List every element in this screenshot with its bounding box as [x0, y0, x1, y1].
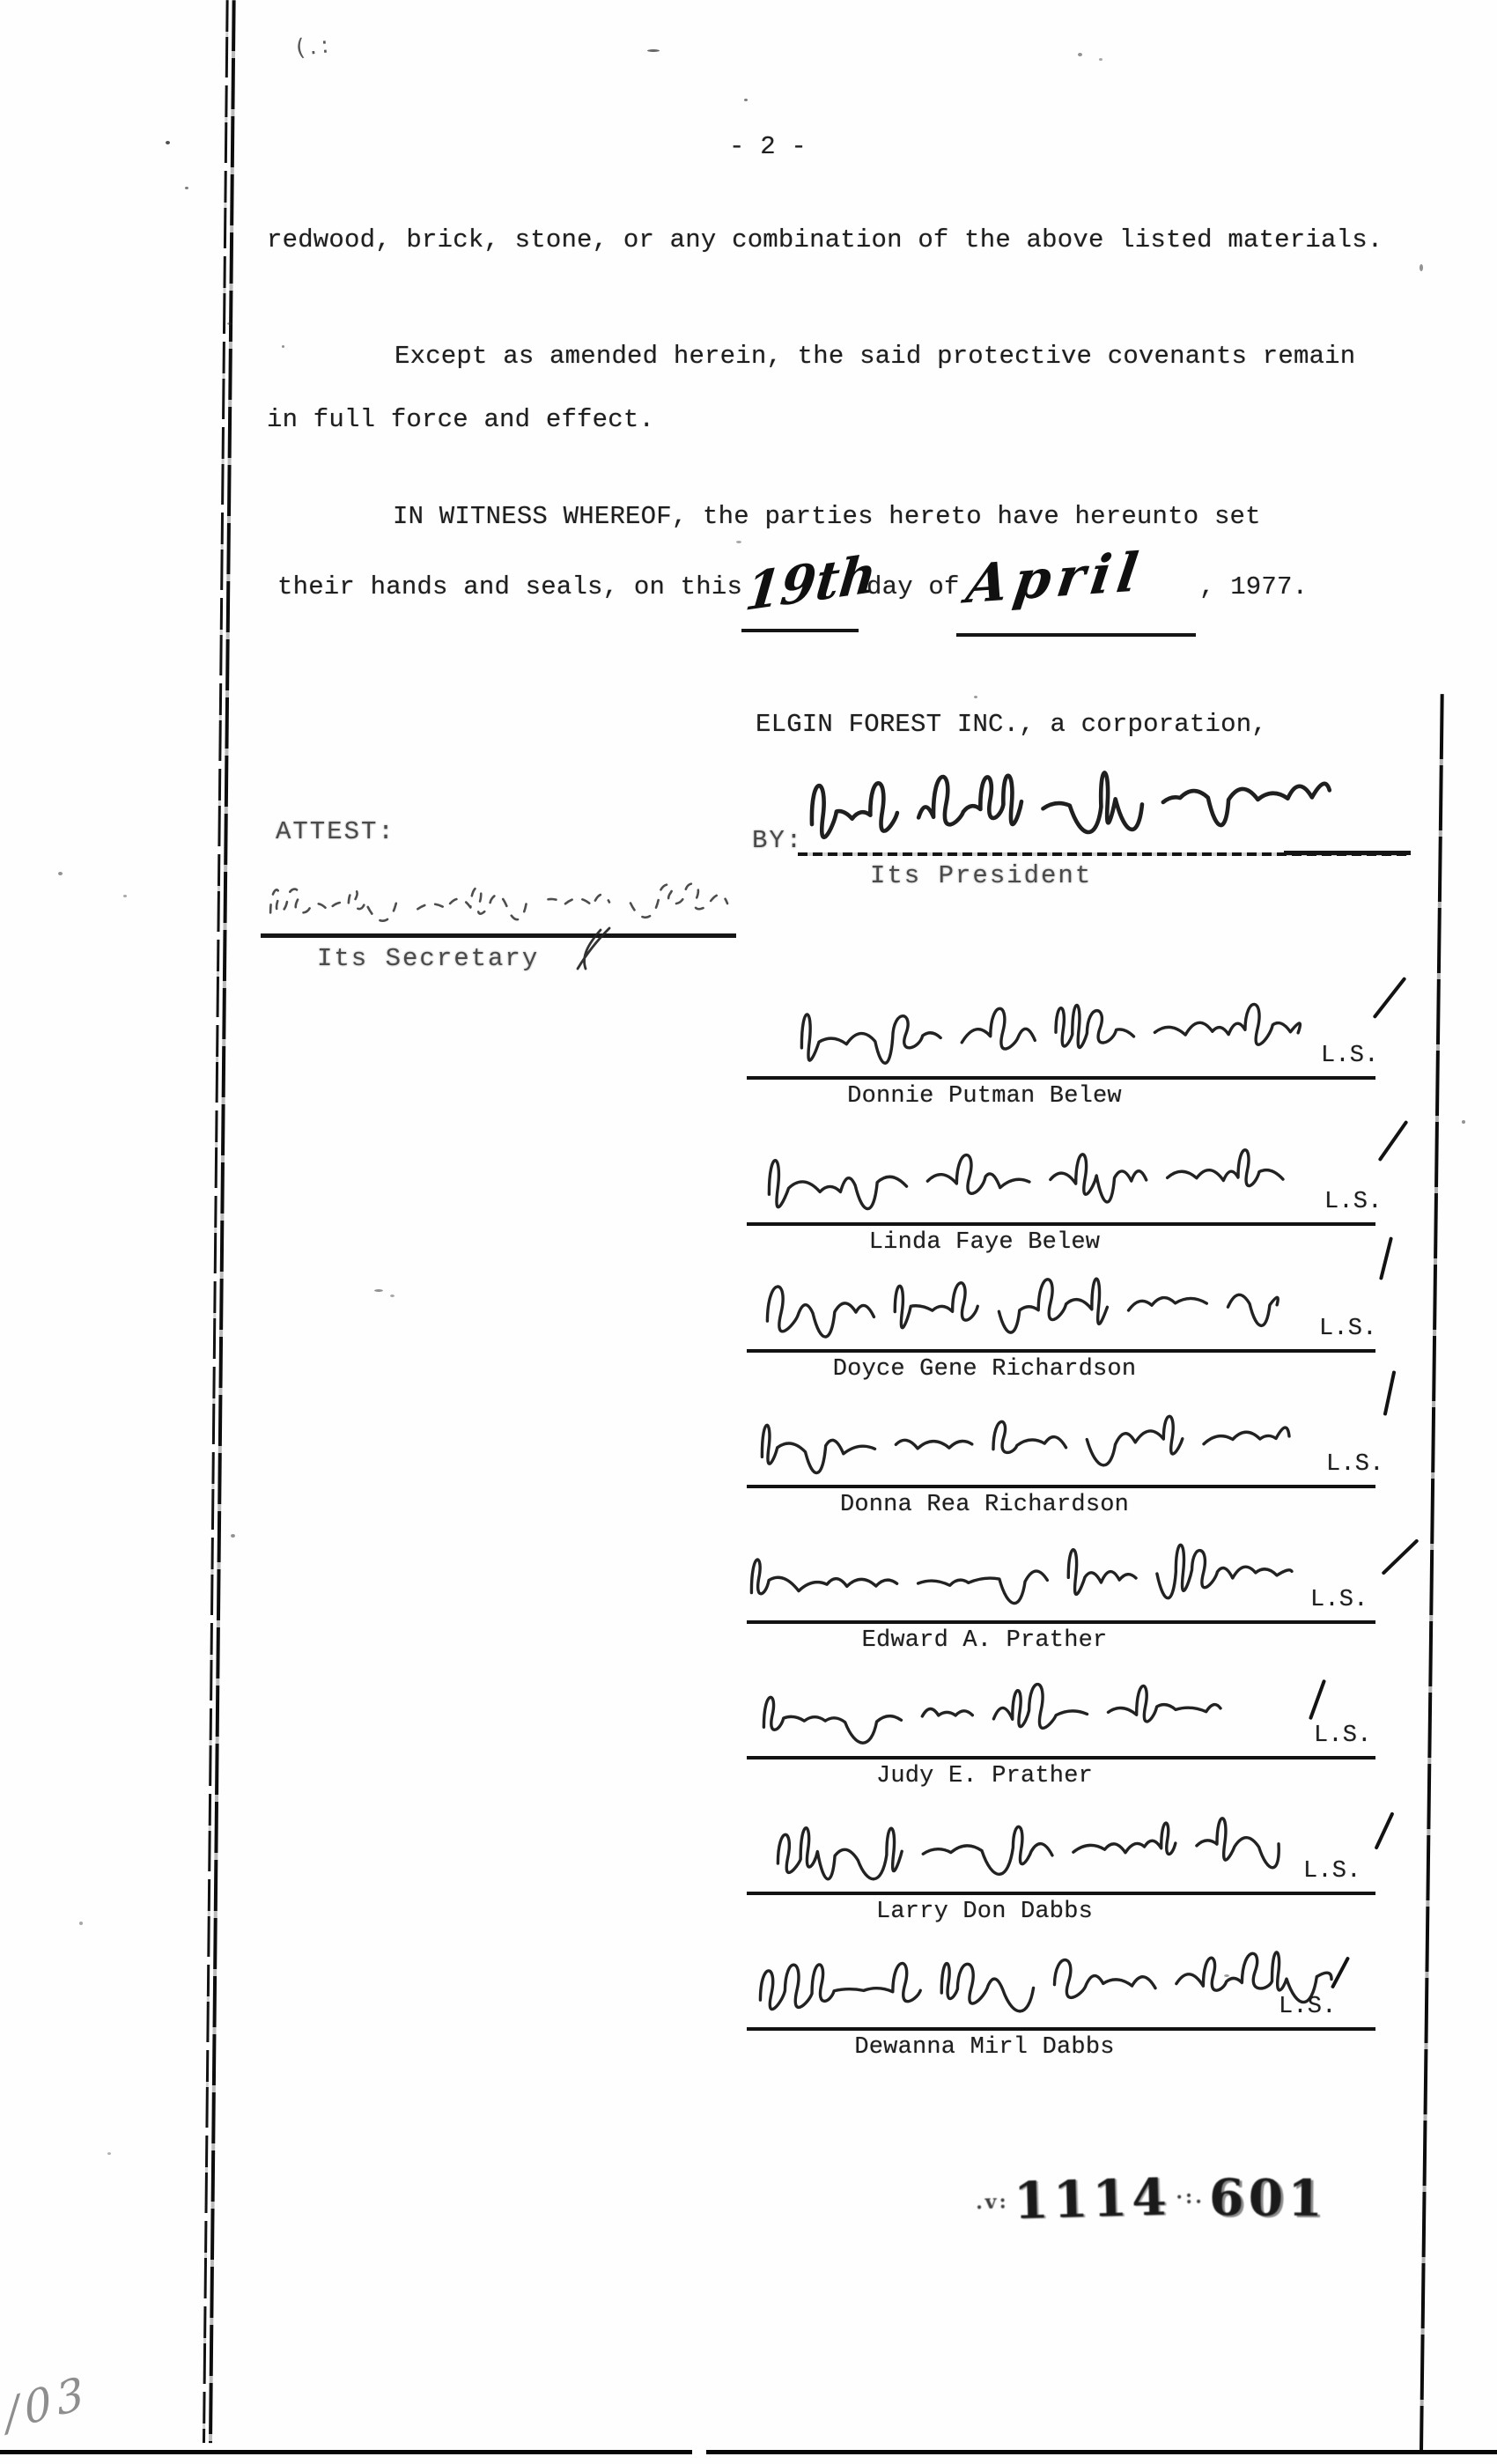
- stamp-middle-marks: ·:.: [1176, 2185, 1205, 2209]
- president-caption: Its President: [870, 861, 1092, 890]
- noise-speck: [166, 141, 170, 144]
- seal-label: L.S.: [1319, 1316, 1377, 1342]
- noise-speck: [79, 1922, 83, 1925]
- corporation-name-line: ELGIN FOREST INC., a corporation,: [756, 710, 1267, 739]
- signature-row: Edward A. Prather L.S.: [0, 1532, 1497, 1686]
- signature-line: [747, 1349, 1375, 1353]
- stamp-page-number: 601: [1209, 2168, 1328, 2228]
- noise-speck: [374, 1289, 383, 1292]
- signature-typed-name: Donna Rea Richardson: [786, 1492, 1183, 1518]
- month-blank-underline: [956, 633, 1196, 637]
- body-witness-line1: IN WITNESS WHEREOF, the parties hereto h…: [393, 502, 1261, 531]
- signature-typed-name: Edward A. Prather: [786, 1627, 1183, 1654]
- signature-handwriting: [755, 1933, 1338, 2032]
- recorder-stamp: .v: 1114 ·:. 601: [975, 2164, 1328, 2232]
- noise-speck: [1462, 1120, 1465, 1124]
- by-label: BY:: [752, 826, 803, 855]
- body-witness-line2-suffix: , 1977.: [1199, 572, 1308, 601]
- signature-line: [747, 2027, 1375, 2031]
- secretary-caption: Its Secretary: [317, 944, 539, 973]
- scanned-document-page: (.: - 2 - redwood, brick, stone, or any …: [0, 0, 1497, 2464]
- body-line-1: redwood, brick, stone, or any combinatio…: [267, 225, 1383, 255]
- scan-edge-line-bottom: [0, 2450, 1497, 2454]
- signature-typed-name: Donnie Putman Belew: [786, 1083, 1183, 1110]
- signature-line: [747, 1620, 1375, 1624]
- stamp-volume-number: 1114: [1013, 2167, 1171, 2231]
- seal-label: L.S.: [1324, 1189, 1383, 1215]
- signature-line: [747, 1485, 1375, 1488]
- signature-line: [747, 1892, 1375, 1895]
- president-signature-line-end: [1284, 851, 1411, 855]
- noise-speck: [744, 99, 748, 101]
- scan-edge-line-gap: [692, 2450, 706, 2454]
- signature-handwriting: [796, 983, 1304, 1081]
- noise-speck: [1224, 1974, 1229, 1977]
- handwritten-day: 19th: [742, 543, 880, 623]
- page-number: - 2 -: [729, 132, 807, 161]
- signature-typed-name: Linda Faye Belew: [786, 1229, 1183, 1256]
- signature-typed-name: Dewanna Mirl Dabbs: [786, 2034, 1183, 2061]
- noise-speck: [1078, 53, 1082, 56]
- pen-slash-mark: [1374, 1811, 1394, 1849]
- signature-line: [747, 1076, 1375, 1080]
- noise-speck: [282, 345, 284, 348]
- pen-slash-mark: [1309, 1679, 1326, 1720]
- body-witness-line2-mid: day of: [866, 572, 960, 601]
- pen-slash-mark: [1381, 1538, 1419, 1575]
- signature-handwriting: [772, 1798, 1285, 1896]
- body-para2-line1: Except as amended herein, the said prote…: [395, 342, 1355, 371]
- signature-line: [747, 1756, 1375, 1759]
- day-blank-underline: [741, 629, 859, 632]
- noise-speck: [1099, 58, 1102, 61]
- noise-speck: [227, 322, 232, 325]
- noise-speck: [58, 872, 63, 875]
- pen-slash-mark: [1373, 977, 1407, 1019]
- noise-speck: [107, 2152, 111, 2155]
- signature-handwriting: [746, 1526, 1298, 1625]
- secretary-signature-handwriting: [265, 871, 733, 937]
- signature-line: [747, 1222, 1375, 1226]
- noise-speck: [974, 696, 977, 698]
- signature-typed-name: Larry Don Dabbs: [786, 1899, 1183, 1925]
- signature-handwriting: [762, 1256, 1283, 1354]
- signature-typed-name: Doyce Gene Richardson: [786, 1356, 1183, 1383]
- stamp-prefix-marks: .v:: [976, 2190, 1009, 2214]
- noise-speck: [231, 1534, 235, 1538]
- seal-label: L.S.: [1279, 1994, 1337, 2020]
- seal-label: L.S.: [1314, 1723, 1372, 1749]
- noise-speck: [1420, 264, 1423, 271]
- seal-label: L.S.: [1326, 1451, 1384, 1478]
- body-witness-line2-prefix: their hands and seals, on this: [277, 572, 742, 601]
- noise-speck: [647, 49, 660, 52]
- seal-label: L.S.: [1321, 1043, 1379, 1069]
- signature-handwriting: [763, 1129, 1294, 1228]
- seal-label: L.S.: [1310, 1587, 1368, 1613]
- president-signature-handwriting: [804, 734, 1337, 866]
- secretary-flourish-mark: [574, 925, 615, 974]
- pencil-margin-note: /03: [2, 2365, 92, 2440]
- noise-speck: [390, 1295, 395, 1297]
- handwritten-month: April: [962, 542, 1147, 616]
- signature-row: Donnie Putman Belew L.S.: [0, 988, 1497, 1142]
- top-left-stray-mark: (.:: [295, 32, 335, 62]
- signature-handwriting: [756, 1391, 1295, 1490]
- signature-row: Dewanna Mirl Dabbs L.S.: [0, 1939, 1497, 2093]
- seal-label: L.S.: [1303, 1858, 1361, 1885]
- noise-speck: [185, 187, 188, 189]
- signature-typed-name: Judy E. Prather: [786, 1763, 1183, 1789]
- noise-speck: [123, 895, 127, 897]
- noise-speck: [736, 541, 741, 543]
- body-para2-line2: in full force and effect.: [267, 405, 654, 434]
- signature-handwriting: [758, 1664, 1227, 1760]
- secretary-signature-line: [261, 933, 736, 938]
- attest-label: ATTEST:: [276, 817, 395, 846]
